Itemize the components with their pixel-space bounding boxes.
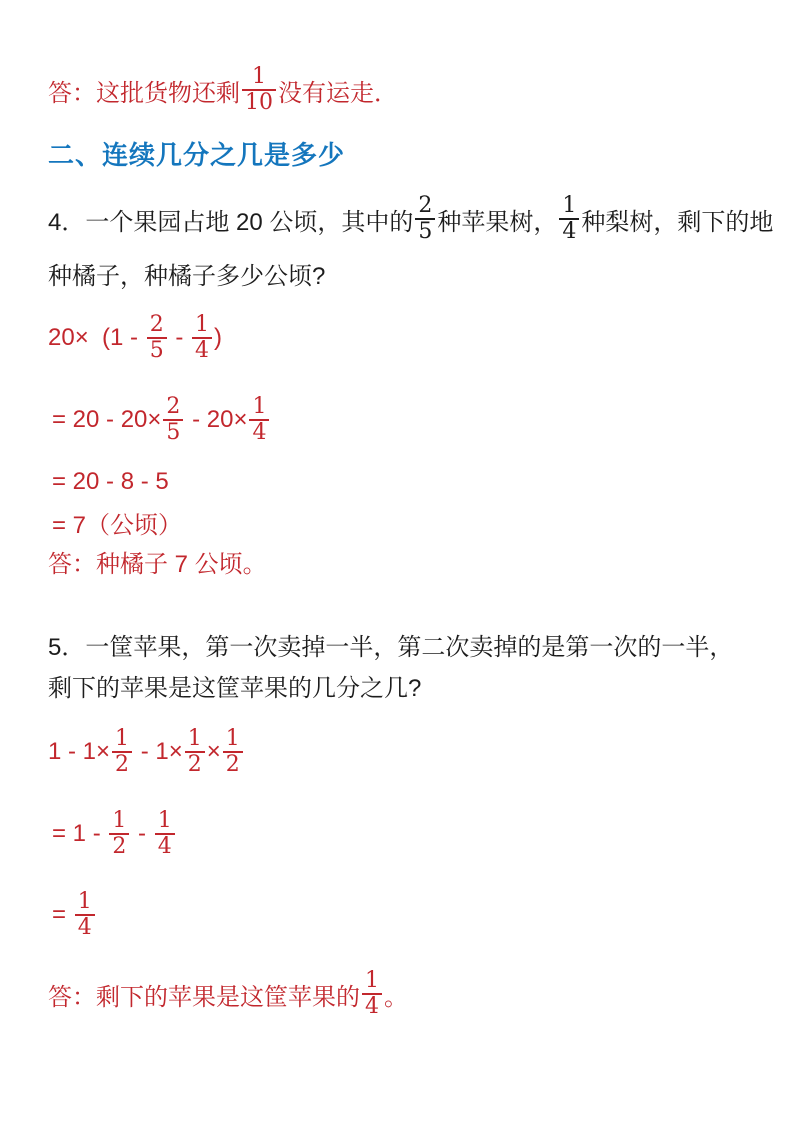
fraction-denominator: 4 [249, 419, 269, 445]
fraction-numerator: 1 [249, 395, 269, 419]
text-run: 1 - 1× [48, 738, 110, 766]
fraction-numerator: 1 [192, 313, 212, 337]
fraction: 12 [109, 809, 129, 859]
fraction-denominator: 4 [155, 833, 175, 859]
text-run: = 1 - [52, 820, 107, 848]
text-run: ) [214, 324, 222, 352]
problem-5-answer-line: 答：剩下的苹果是这筐苹果的14。 [48, 964, 408, 1024]
problem-5-solution-step-3: = 14 [52, 885, 97, 945]
fraction: 14 [362, 969, 382, 1019]
fraction: 12 [112, 727, 132, 777]
problem-4-statement-line-1: 4．一个果园占地 20 公顷，其中的25种苹果树，14种梨树，剩下的地 [48, 189, 773, 249]
fraction: 14 [192, 313, 212, 363]
fraction: 25 [147, 313, 167, 363]
fraction-numerator: 2 [415, 194, 435, 218]
fraction: 25 [163, 395, 183, 445]
fraction-denominator: 5 [147, 337, 167, 363]
fraction-numerator: 2 [163, 395, 183, 419]
text-run: - 20× [185, 406, 247, 434]
worksheet-page: 答：这批货物还剩110没有运走． 二、连续几分之几是多少 4．一个果园占地 20… [0, 0, 793, 1122]
fraction: 12 [223, 727, 243, 777]
fraction-denominator: 2 [109, 833, 129, 859]
fraction-numerator: 1 [559, 194, 579, 218]
fraction-denominator: 2 [112, 751, 132, 777]
text-run: 4．一个果园占地 20 公顷，其中的 [48, 202, 413, 237]
text-run: 种梨树，剩下的地 [581, 202, 773, 237]
fraction: 14 [559, 194, 579, 244]
text-run: - [169, 324, 190, 352]
text-run: 种苹果树， [437, 202, 557, 237]
text-run: 答：这批货物还剩 [48, 73, 240, 108]
text-run: = [52, 901, 73, 929]
problem-5-solution-step-1: 1 - 1×12 - 1×12×12 [48, 722, 245, 782]
problem-5-solution-step-2: = 1 - 12 - 14 [52, 804, 177, 864]
fraction-numerator: 2 [147, 313, 167, 337]
fraction-denominator: 2 [185, 751, 205, 777]
text-run: = 7（公顷） [52, 505, 182, 540]
text-run: 答：种橘子 7 公顷。 [48, 544, 267, 579]
fraction-numerator: 1 [362, 969, 382, 993]
fraction-numerator: 1 [109, 809, 129, 833]
fraction-denominator: 10 [242, 89, 276, 115]
fraction-denominator: 4 [192, 337, 212, 363]
text-run: 20× (1 - [48, 324, 145, 352]
problem-4-solution-step-2: = 20 - 20×25 - 20×14 [52, 390, 271, 450]
fraction: 14 [249, 395, 269, 445]
problem-4-solution-step-3: = 20 - 8 - 5 [52, 465, 169, 499]
fraction-numerator: 1 [249, 65, 269, 89]
fraction-numerator: 1 [155, 809, 175, 833]
fraction: 14 [75, 890, 95, 940]
fraction-denominator: 4 [75, 914, 95, 940]
fraction-numerator: 1 [112, 727, 132, 751]
fraction-denominator: 4 [559, 218, 579, 244]
text-run: - [131, 820, 152, 848]
fraction-denominator: 5 [163, 419, 183, 445]
fraction-numerator: 1 [75, 890, 95, 914]
text-run: × [207, 738, 221, 766]
fraction-numerator: 1 [185, 727, 205, 751]
text-run: 答：剩下的苹果是这筐苹果的 [48, 977, 360, 1012]
fraction-denominator: 4 [362, 993, 382, 1019]
text-run: = 20 - 8 - 5 [52, 468, 169, 496]
fraction-denominator: 2 [223, 751, 243, 777]
fraction-numerator: 1 [223, 727, 243, 751]
fraction: 14 [155, 809, 175, 859]
fraction: 25 [415, 194, 435, 244]
problem-4-solution-step-1: 20× (1 - 25 - 14) [48, 308, 222, 368]
section-heading: 二、连续几分之几是多少 [48, 137, 345, 169]
text-run: 。 [384, 977, 408, 1012]
text-run: 没有运走． [278, 73, 398, 108]
problem-4-statement-line-2: 种橘子，种橘子多少公顷? [48, 256, 325, 290]
problem-5-statement-line-1: 5．一筐苹果，第一次卖掉一半，第二次卖掉的是第一次的一半， [48, 627, 733, 661]
fraction-denominator: 5 [415, 218, 435, 244]
problem-4-answer-line: 答：种橘子 7 公顷。 [48, 544, 267, 578]
fraction: 12 [185, 727, 205, 777]
prev-problem-answer-line: 答：这批货物还剩110没有运走． [48, 60, 398, 120]
problem-4-solution-step-4: = 7（公顷） [52, 505, 182, 539]
fraction: 110 [242, 65, 276, 115]
text-run: = 20 - 20× [52, 406, 161, 434]
problem-5-statement-line-2: 剩下的苹果是这筐苹果的几分之几? [48, 668, 421, 702]
text-run: - 1× [134, 738, 183, 766]
